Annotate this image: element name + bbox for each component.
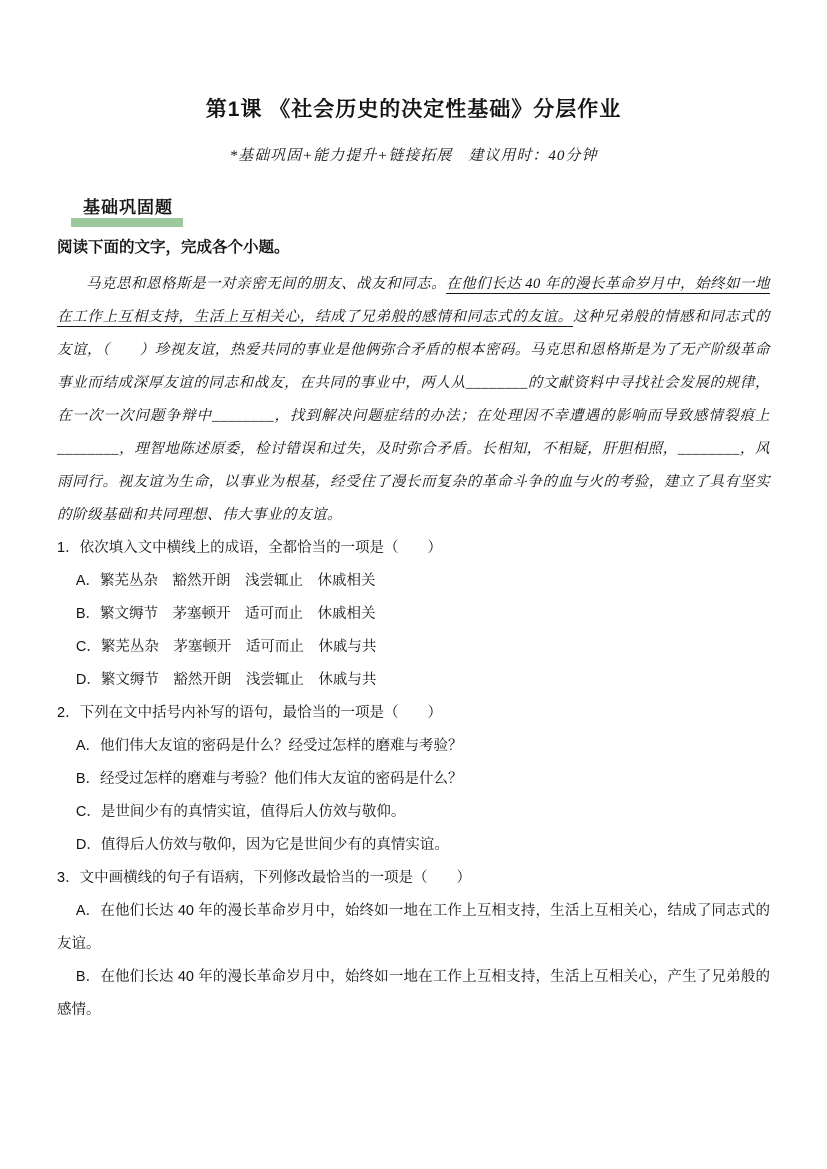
question-3-stem: 3．文中画横线的句子有语病，下列修改最恰当的一项是（ ）: [57, 862, 770, 895]
question-2-option-a: A．他们伟大友谊的密码是什么？经受过怎样的磨难与考验？: [57, 730, 770, 763]
question-3-option-b: B．在他们长达 40 年的漫长革命岁月中，始终如一地在工作上互相支持，生活上互相…: [57, 961, 770, 1027]
question-1: 1．依次填入文中横线上的成语，全都恰当的一项是（ ） A．繁芜丛杂 豁然开朗 浅…: [57, 532, 770, 697]
passage-segment-3: 这种兄弟般的情感和同志式的友谊，（ ）珍视友谊，热爱共同的事业是他俩弥合矛盾的根…: [57, 309, 770, 523]
question-3: 3．文中画横线的句子有语病，下列修改最恰当的一项是（ ） A．在他们长达 40 …: [57, 862, 770, 1027]
reading-passage: 马克思和恩格斯是一对亲密无间的朋友、战友和同志。在他们长达 40 年的漫长革命岁…: [57, 268, 770, 532]
section-header: 基础巩固题: [71, 193, 770, 218]
question-1-stem: 1．依次填入文中横线上的成语，全都恰当的一项是（ ）: [57, 532, 770, 565]
page-title: 第1课 《社会历史的决定性基础》分层作业: [57, 96, 770, 124]
question-2-option-d: D．值得后人仿效与敬仰，因为它是世间少有的真情实谊。: [57, 829, 770, 862]
question-2-stem: 2．下列在文中括号内补写的语句，最恰当的一项是（ ）: [57, 697, 770, 730]
question-2-option-b: B．经受过怎样的磨难与考验？他们伟大友谊的密码是什么？: [57, 763, 770, 796]
question-3-option-a: A．在他们长达 40 年的漫长革命岁月中，始终如一地在工作上互相支持，生活上互相…: [57, 895, 770, 961]
reading-instruction: 阅读下面的文字，完成各个小题。: [57, 236, 770, 260]
section-badge-basic: 基础巩固题: [71, 193, 183, 218]
question-1-option-a: A．繁芜丛杂 豁然开朗 浅尝辄止 休戚相关: [57, 565, 770, 598]
page-subtitle: *基础巩固+能力提升+链接拓展 建议用时：40分钟: [57, 144, 770, 165]
passage-segment-1: 马克思和恩格斯是一对亲密无间的朋友、战友和同志。: [86, 276, 446, 292]
question-2: 2．下列在文中括号内补写的语句，最恰当的一项是（ ） A．他们伟大友谊的密码是什…: [57, 697, 770, 862]
question-1-option-c: C．繁芜丛杂 茅塞顿开 适可而止 休戚与共: [57, 631, 770, 664]
question-1-option-b: B．繁文缛节 茅塞顿开 适可而止 休戚相关: [57, 598, 770, 631]
worksheet-page: 第1课 《社会历史的决定性基础》分层作业 *基础巩固+能力提升+链接拓展 建议用…: [0, 0, 827, 1169]
question-1-option-d: D．繁文缛节 豁然开朗 浅尝辄止 休戚与共: [57, 664, 770, 697]
question-2-option-c: C．是世间少有的真情实谊，值得后人仿效与敬仰。: [57, 796, 770, 829]
